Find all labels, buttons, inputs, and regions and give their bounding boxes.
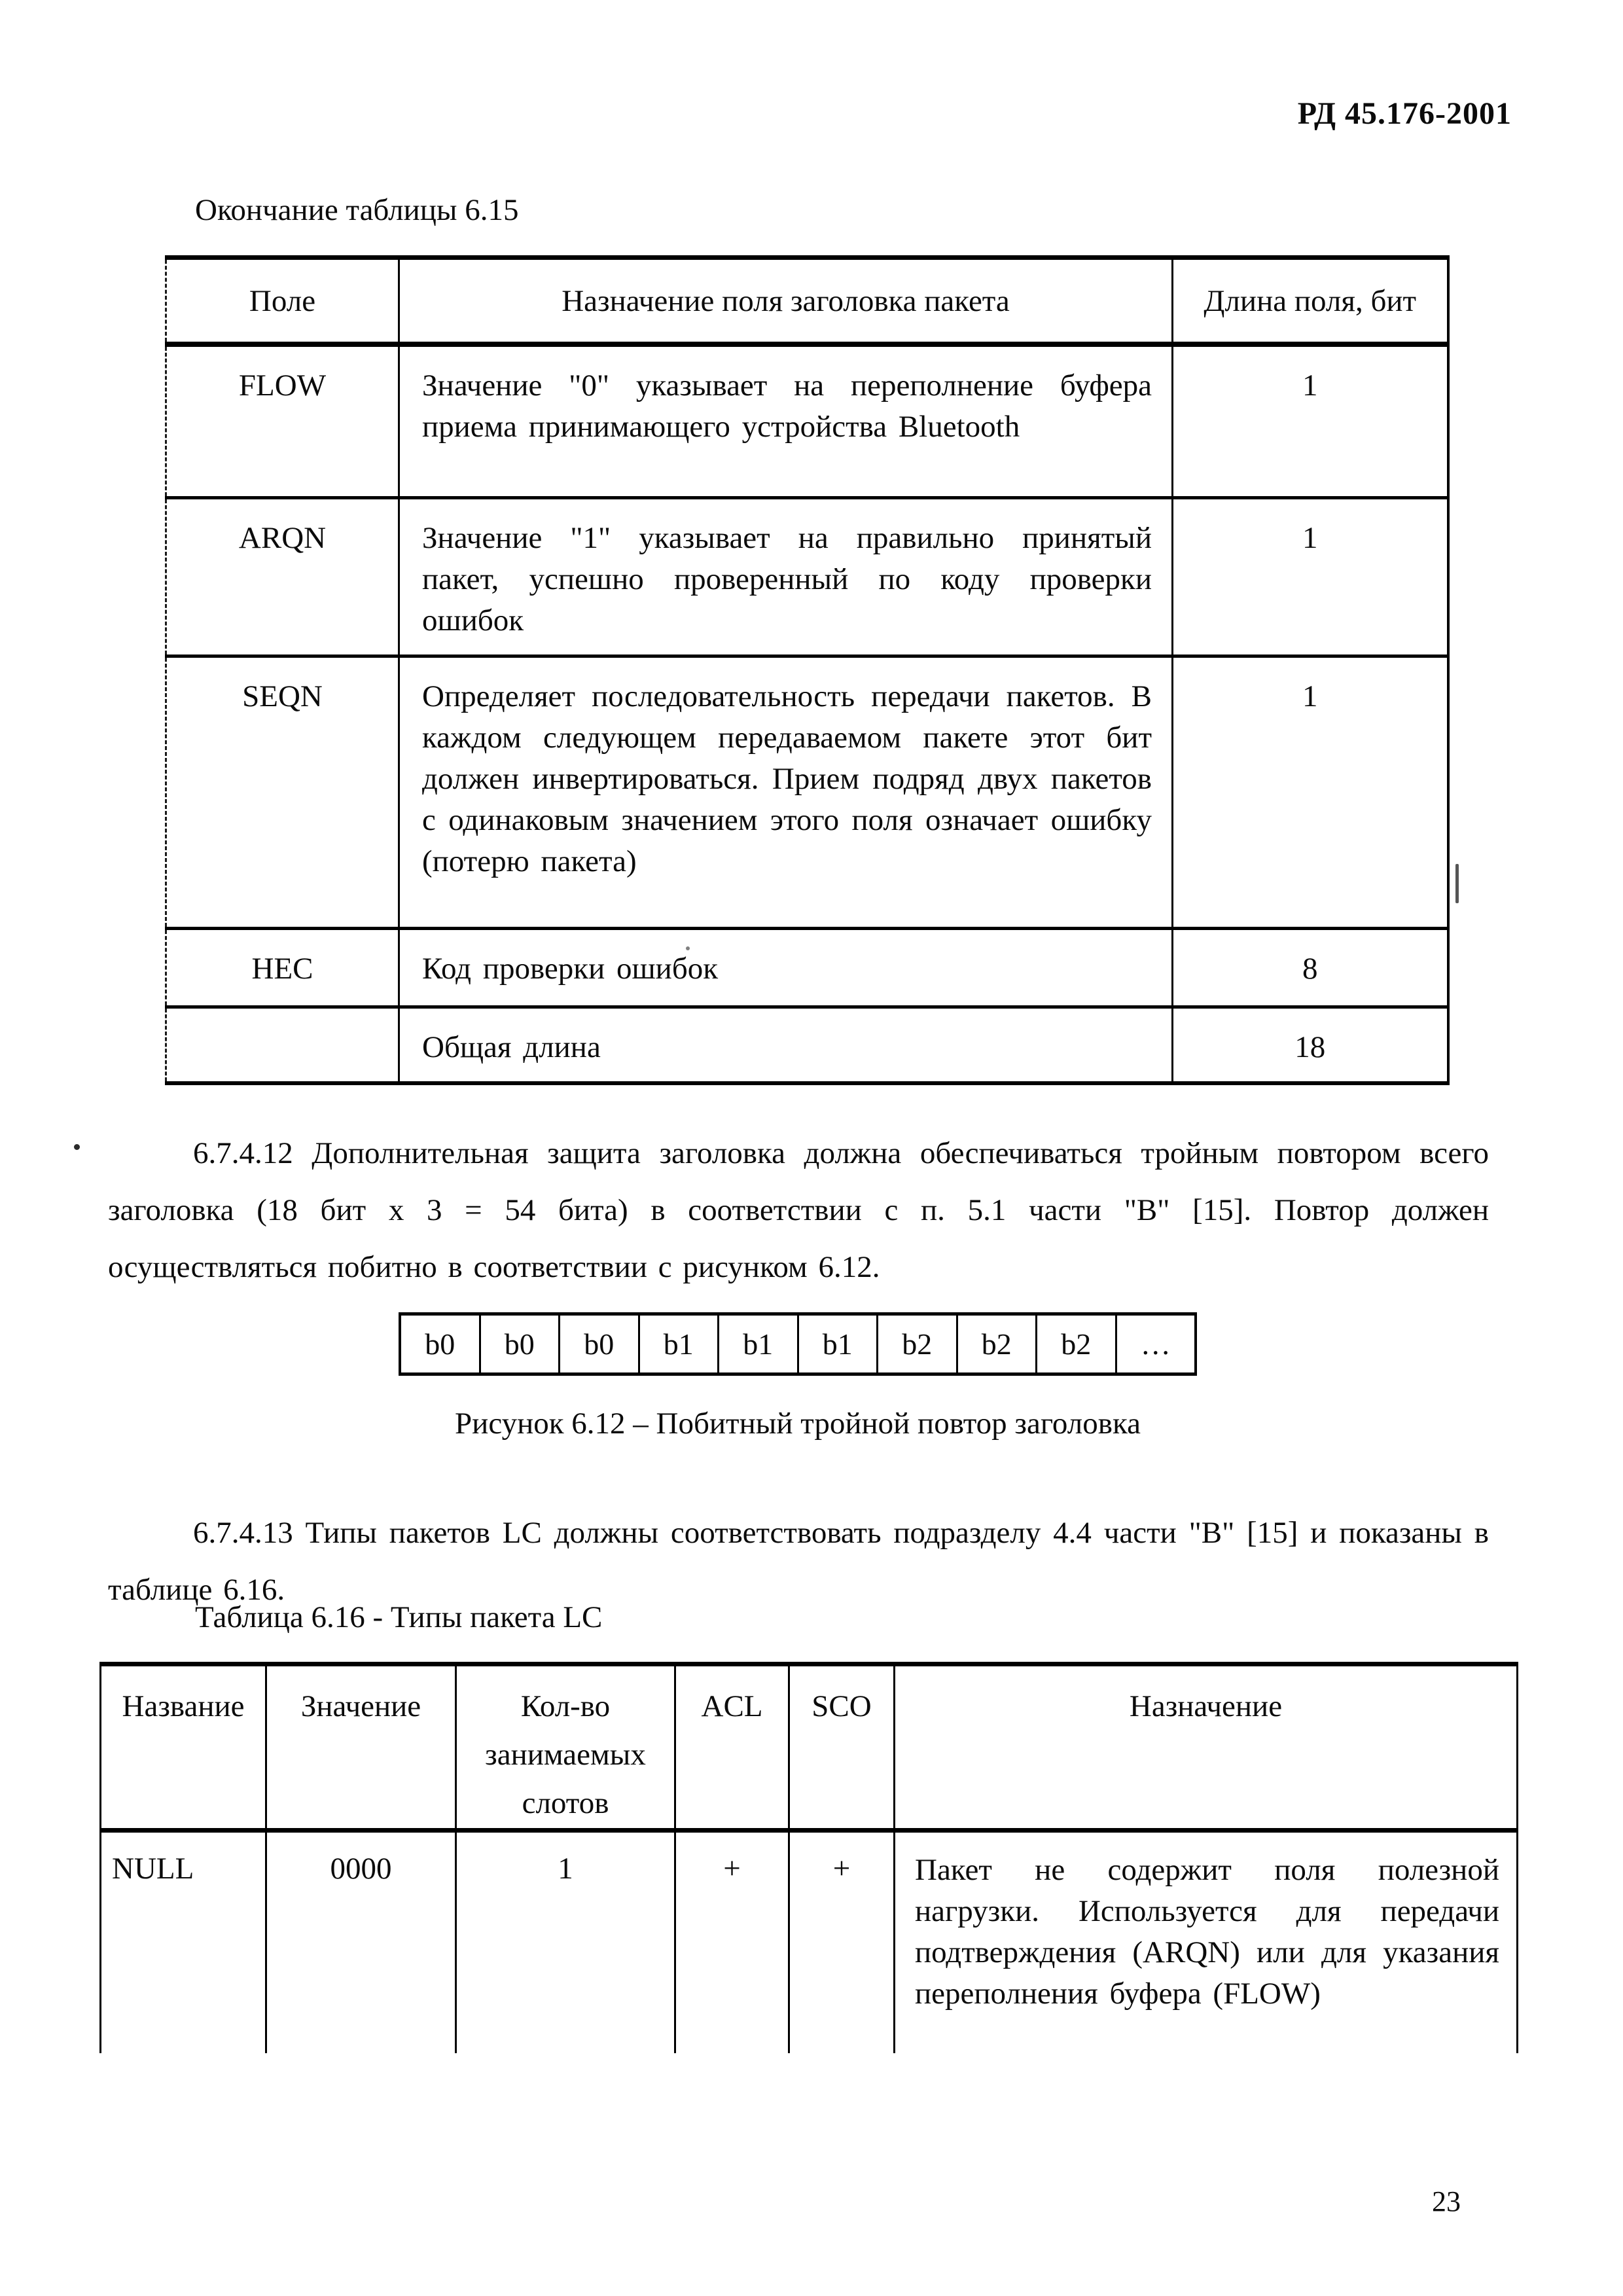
field-name: FLOW [166,344,399,497]
field-purpose: Определяет последовательность передачи п… [399,656,1173,928]
bit-cell-ellipsis: … [1115,1316,1195,1372]
table-6-15-header-field: Поле [166,258,399,345]
field-purpose: Общая длина [399,1007,1173,1083]
field-name: SEQN [166,656,399,928]
table-row: NULL 0000 1 + + Пакет не содержит поля п… [101,1831,1518,2053]
bit-cell: b0 [558,1316,638,1372]
doc-number: РД 45.176-2001 [1298,96,1512,132]
table-6-15-continuation-label: Окончание таблицы 6.15 [195,192,519,228]
table-6-16-header-acl: ACL [675,1664,789,1831]
field-length: 8 [1173,928,1448,1007]
bit-cell: b1 [638,1316,718,1372]
table-row: Общая длина 18 [166,1007,1448,1083]
table-row: SEQN Определяет последовательность перед… [166,656,1448,928]
field-length: 1 [1173,344,1448,497]
scan-speck [686,946,690,950]
table-6-15-header-row: Поле Назначение поля заголовка пакета Дл… [166,258,1448,345]
table-6-15-header-length: Длина поля, бит [1173,258,1448,345]
page-number: 23 [1432,2185,1461,2218]
paragraph-6-7-4-12: 6.7.4.12 Дополнительная защита заголовка… [108,1125,1489,1296]
field-length: 1 [1173,656,1448,928]
table-6-15-header-purpose: Назначение поля заголовка пакета [399,258,1173,345]
bit-cell: b2 [956,1316,1036,1372]
table-6-16-header-name: Название [101,1664,266,1831]
field-name: ARQN [166,497,399,656]
document-page: РД 45.176-2001 Окончание таблицы 6.15 По… [0,0,1623,2296]
table-6-16-header-row: Название Значение Кол-во занимаемых слот… [101,1664,1518,1831]
table-6-16-title: Таблица 6.16 - Типы пакета LC [195,1600,602,1635]
field-purpose: Значение "1" указывает на правильно прин… [399,497,1173,656]
field-length: 1 [1173,497,1448,656]
bit-cell: b1 [797,1316,877,1372]
bit-cell: b0 [401,1316,479,1372]
packet-sco: + [789,1831,895,2053]
table-row: HEC Код проверки ошибок 8 [166,928,1448,1007]
bit-cell: b2 [876,1316,956,1372]
packet-slots: 1 [456,1831,675,2053]
table-6-16-header-sco: SCO [789,1664,895,1831]
scan-speck [1455,864,1459,903]
packet-name: NULL [101,1831,266,2053]
field-length: 18 [1173,1007,1448,1083]
table-row: FLOW Значение "0" указывает на переполне… [166,344,1448,497]
table-6-16: Название Значение Кол-во занимаемых слот… [99,1662,1518,2053]
figure-6-12-bit-cells: b0 b0 b0 b1 b1 b1 b2 b2 b2 … [399,1312,1197,1376]
field-name [166,1007,399,1083]
packet-acl: + [675,1831,789,2053]
table-6-15: Поле Назначение поля заголовка пакета Дл… [165,255,1450,1085]
table-6-16-header-slots: Кол-во занимаемых слотов [456,1664,675,1831]
bit-cell: b2 [1035,1316,1115,1372]
field-name: HEC [166,928,399,1007]
figure-6-12-caption: Рисунок 6.12 – Побитный тройной повтор з… [399,1406,1197,1441]
field-purpose: Значение "0" указывает на переполнение б… [399,344,1173,497]
field-purpose: Код проверки ошибок [399,928,1173,1007]
table-6-16-header-value: Значение [266,1664,456,1831]
bit-cell: b0 [479,1316,559,1372]
packet-value: 0000 [266,1831,456,2053]
scan-speck [74,1144,80,1150]
table-6-16-header-purpose: Назначение [895,1664,1518,1831]
packet-purpose: Пакет не содержит поля полезной нагрузки… [895,1831,1518,2053]
table-row: ARQN Значение "1" указывает на правильно… [166,497,1448,656]
bit-cell: b1 [717,1316,797,1372]
